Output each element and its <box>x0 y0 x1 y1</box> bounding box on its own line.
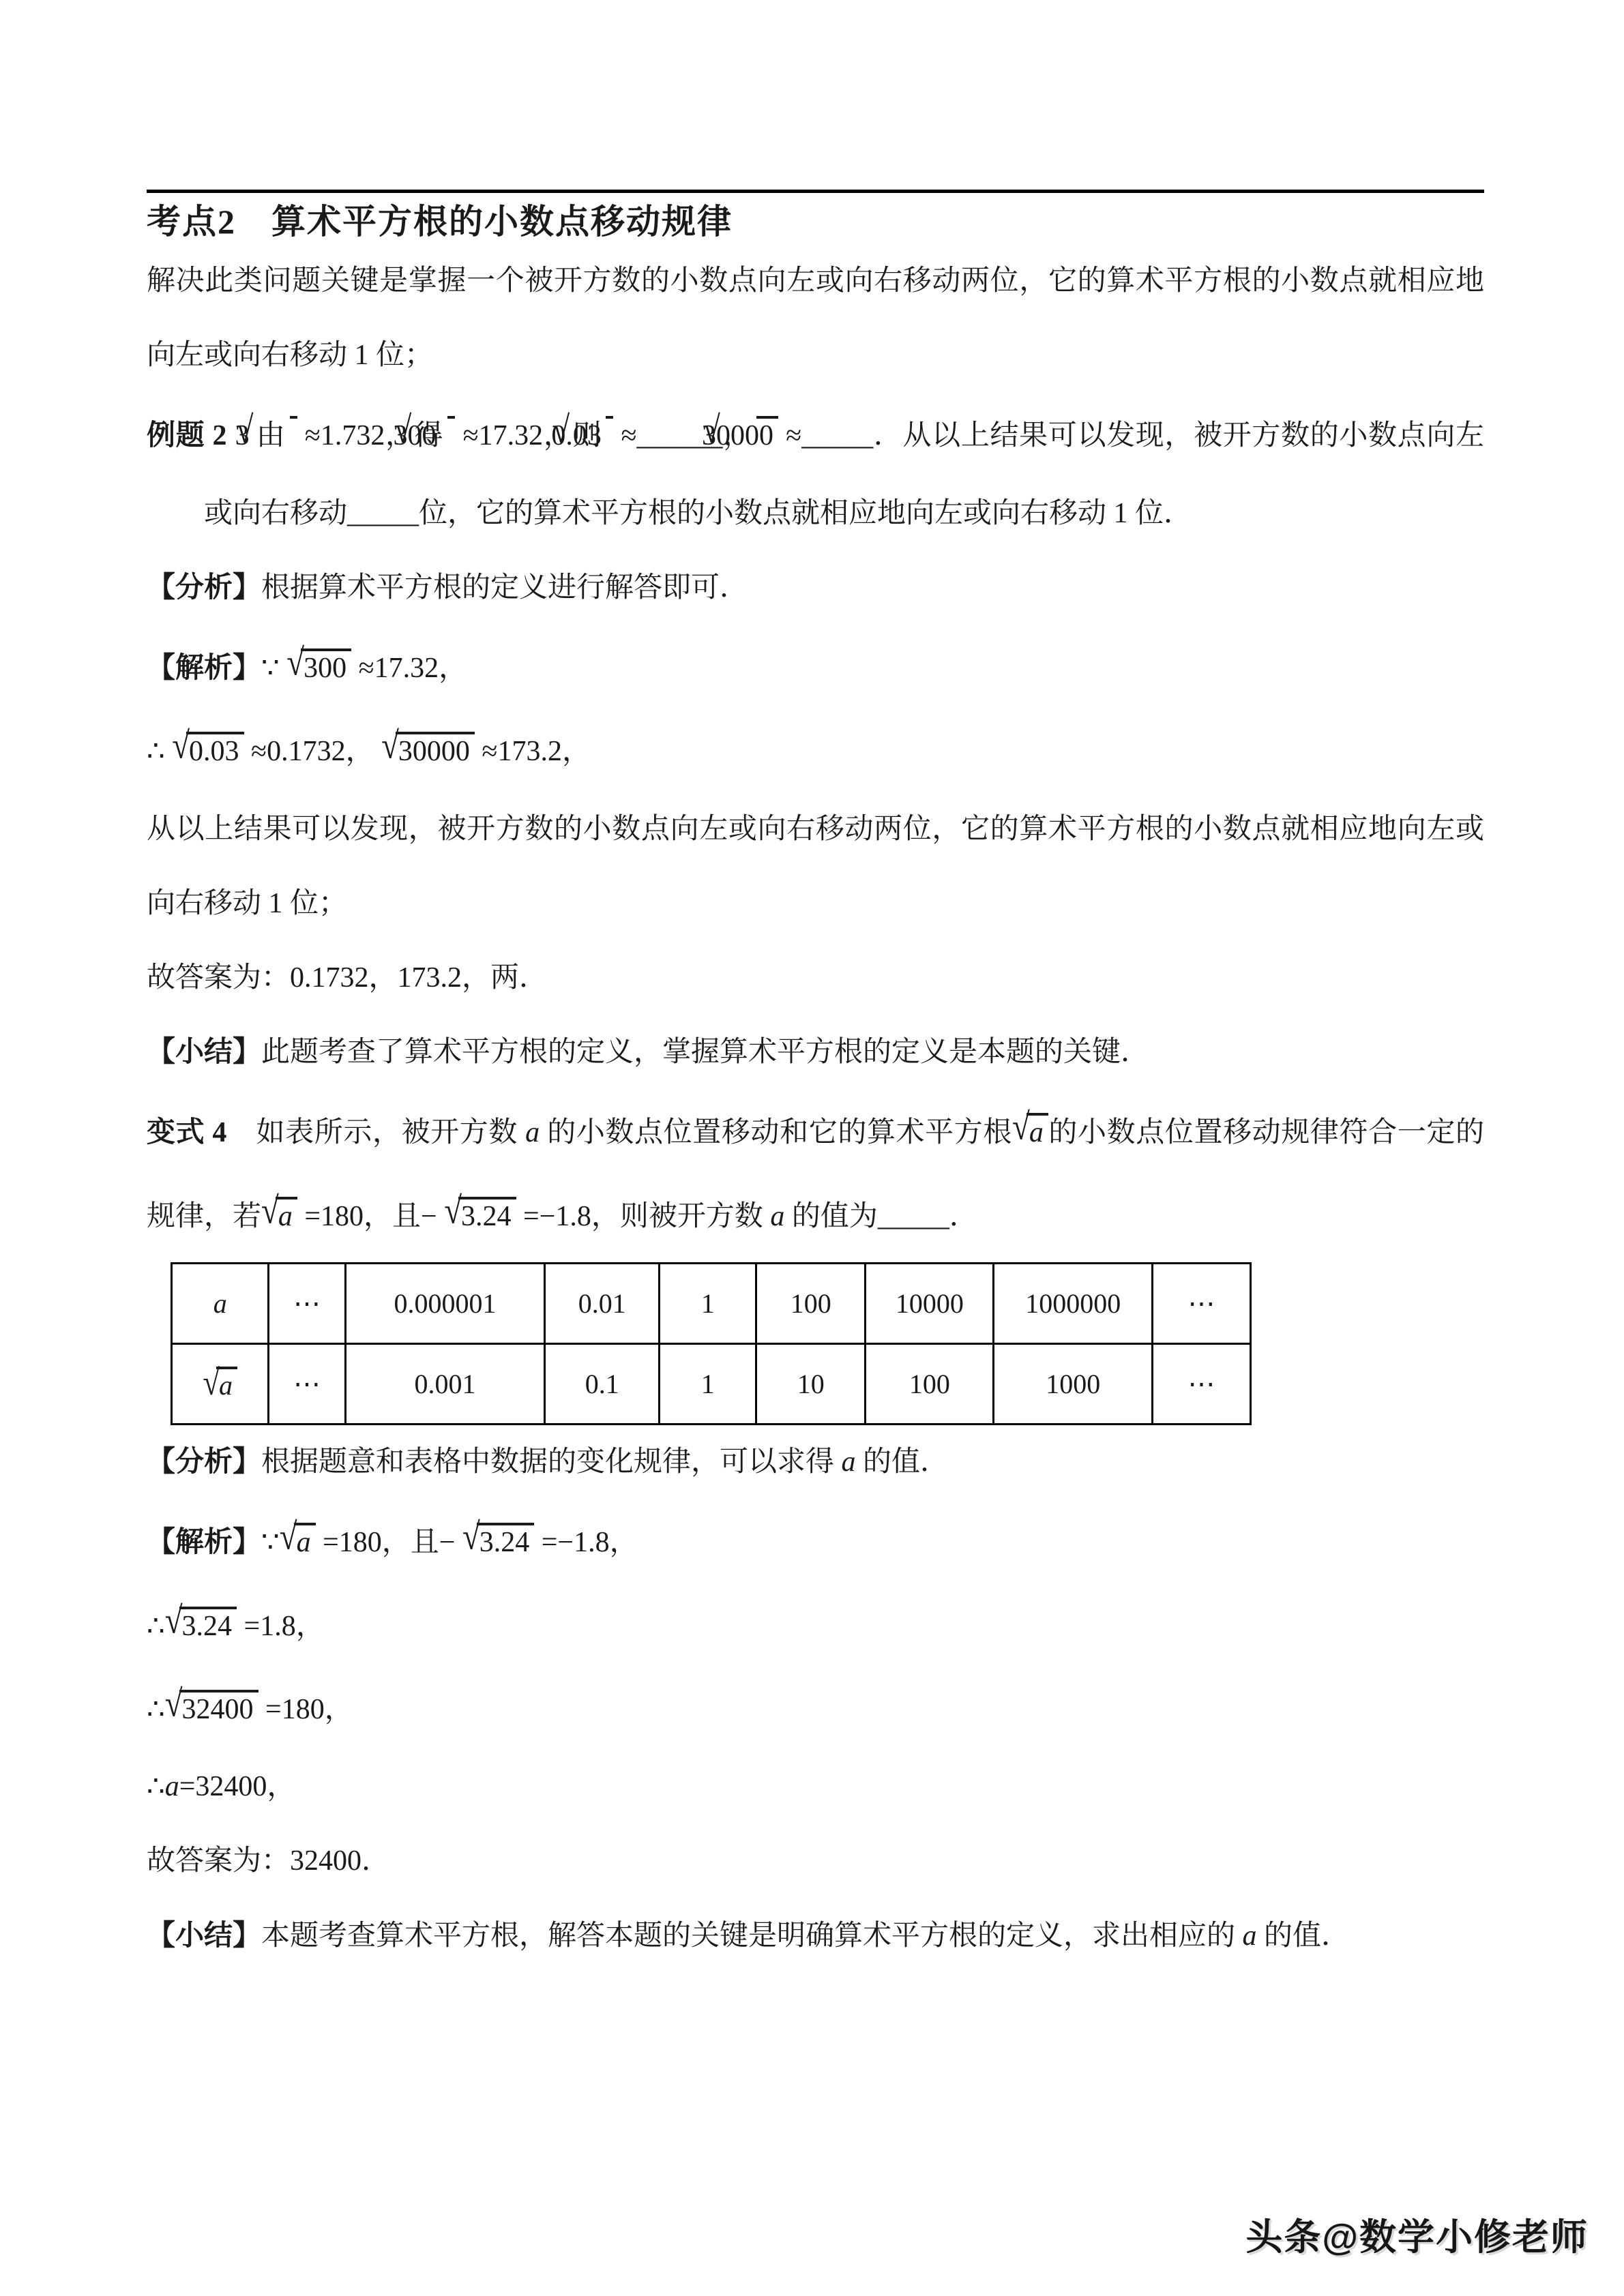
table-row-sqrt-a: √a ⋯ 0.001 0.1 1 10 100 1000 ⋯ <box>172 1344 1251 1425</box>
table-cell: 0.000001 <box>345 1264 545 1344</box>
table-cell: 10000 <box>866 1264 994 1344</box>
sqrt-radical: √30000 <box>760 420 778 451</box>
sqrt-radical: √3.24 <box>462 1527 534 1558</box>
table-cell: 0.1 <box>545 1344 660 1425</box>
variation4-solution-line-4: ∴a=32400， <box>147 1750 1484 1824</box>
sqrt-radical: √32400 <box>165 1694 259 1725</box>
sqrt-radical: √30000 <box>381 736 475 767</box>
table-cell: 0.001 <box>345 1344 545 1425</box>
variation4-summary: 【小结】本题考查算术平方根，解答本题的关键是明确算术平方根的定义，求出相应的 a… <box>147 1899 1484 1973</box>
variation4-analysis: 【分析】根据题意和表格中数据的变化规律，可以求得 a 的值． <box>147 1425 1484 1500</box>
watermark: 头条@数学小修老师 <box>1245 2208 1589 2261</box>
example2-summary: 【小结】此题考查了算术平方根的定义，掌握算术平方根的定义是本题的关键． <box>147 1015 1484 1090</box>
table-cell: 1000000 <box>994 1264 1153 1344</box>
variation4-solution-line-3: ∴√32400 =180， <box>147 1667 1484 1750</box>
example2-solution-line-1: 【解析】∵ √300 ≈17.32， <box>147 625 1484 709</box>
variation4-problem: 变式 4 如表所示，被开方数 a 的小数点位置移动和它的算术平方根√a的小数点位… <box>147 1090 1484 1257</box>
table-row-a: a ⋯ 0.000001 0.01 1 100 10000 1000000 ⋯ <box>172 1264 1251 1344</box>
table-cell: ⋯ <box>269 1264 345 1344</box>
table-cell: 10 <box>756 1344 866 1425</box>
sqrt-radical: √0.03 <box>172 736 243 767</box>
table-cell: ⋯ <box>1152 1344 1250 1425</box>
table-cell-sqrt-a-label: √a <box>172 1344 269 1425</box>
example2-solution-line-2: ∴ √0.03 ≈0.1732， √30000 ≈173.2， <box>147 709 1484 792</box>
example2-solution-answer: 故答案为：0.1732，173.2，两． <box>147 941 1484 1015</box>
sqrt-radical: √a <box>280 1527 316 1558</box>
example2-problem: 例题 2 由 √3 ≈1.732，得 √300 ≈17.32，则 √0.03 ≈… <box>147 393 1484 551</box>
document-page: 考点2 算术平方根的小数点移动规律 解决此类问题关键是掌握一个被开方数的小数点向… <box>0 0 1624 1973</box>
sqrt-radical: √a <box>1012 1117 1048 1148</box>
table-cell-a-label: a <box>172 1264 269 1344</box>
value-table: a ⋯ 0.000001 0.01 1 100 10000 1000000 ⋯ … <box>171 1262 1252 1425</box>
sqrt-radical: √a <box>203 1370 237 1401</box>
sqrt-radical: √3.24 <box>444 1201 516 1232</box>
top-rule <box>147 190 1484 193</box>
sqrt-radical: √a <box>261 1201 297 1232</box>
table-cell: ⋯ <box>269 1344 345 1425</box>
section-title: 考点2 算术平方根的小数点移动规律 <box>147 200 1484 244</box>
table-cell: ⋯ <box>1152 1264 1250 1344</box>
table-cell: 1000 <box>994 1344 1153 1425</box>
table-cell: 100 <box>866 1344 994 1425</box>
sqrt-radical: √3.24 <box>165 1611 237 1642</box>
example2-analysis: 【分析】根据算术平方根的定义进行解答即可． <box>147 551 1484 625</box>
table-cell: 100 <box>756 1264 866 1344</box>
variation4-solution-line-2: ∴√3.24 =1.8， <box>147 1583 1484 1667</box>
intro-paragraph: 解决此类问题关键是掌握一个被开方数的小数点向左或向右移动两位，它的算术平方根的小… <box>147 244 1484 393</box>
table-cell: 1 <box>660 1264 756 1344</box>
table-cell: 1 <box>660 1344 756 1425</box>
example2-solution-line-3: 从以上结果可以发现，被开方数的小数点向左或向右移动两位，它的算术平方根的小数点就… <box>147 792 1484 941</box>
variation4-solution-line-1: 【解析】∵√a =180，且− √3.24 =−1.8， <box>147 1500 1484 1583</box>
sqrt-radical: √300 <box>286 653 351 684</box>
variation4-solution-answer: 故答案为：32400． <box>147 1824 1484 1898</box>
table-cell: 0.01 <box>545 1264 660 1344</box>
